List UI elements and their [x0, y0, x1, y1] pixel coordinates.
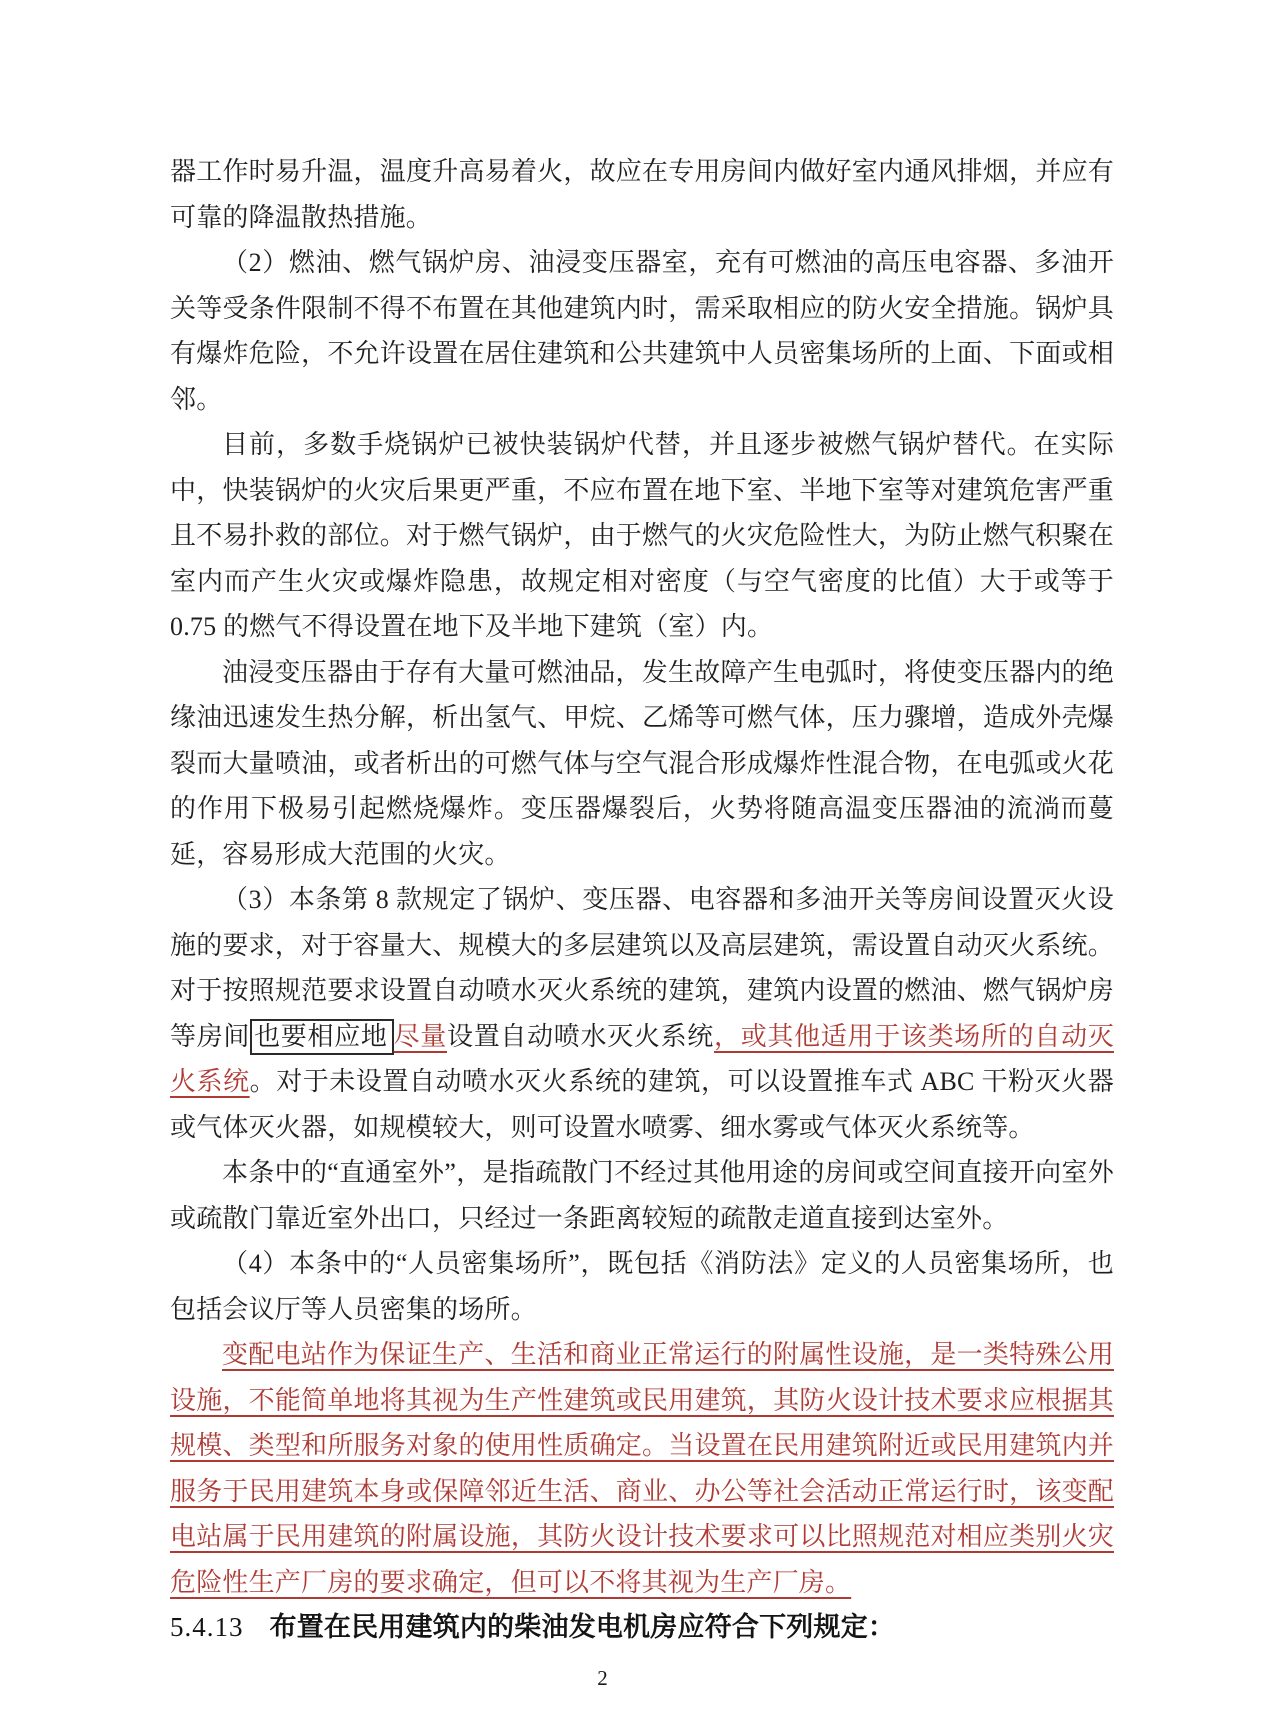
boxed-annotation: 也要相应地 [250, 1019, 394, 1055]
paragraph-direct-exit-note: 本条中的“直通室外”，是指疏散门不经过其他用途的房间或空间直接开向室外或疏散门靠… [170, 1150, 1114, 1241]
paragraph-transformer-note: 油浸变压器由于存有大量可燃油品，发生故障产生电弧时，将使变压器内的绝缘油迅速发生… [170, 650, 1114, 878]
revision-text: 变配电站作为保证生产、生活和商业正常运行的附属性设施，是一类特殊公用设施，不能简… [170, 1340, 1114, 1597]
section-heading-5-4-13: 5.4.13布置在民用建筑内的柴油发电机房应符合下列规定： [170, 1605, 1114, 1651]
revision-paragraph-substation: 变配电站作为保证生产、生活和商业正常运行的附属性设施，是一类特殊公用设施，不能简… [170, 1332, 1114, 1605]
inserted-revision-text: 尽量 [394, 1022, 447, 1051]
paragraph-boiler-note: 目前，多数手烧锅炉已被快装锅炉代替，并且逐步被燃气锅炉替代。在实际中，快装锅炉的… [170, 422, 1114, 650]
body-text: 器工作时易升温，温度升高易着火，故应在专用房间内做好室内通风排烟，并应有可靠的降… [170, 157, 1114, 232]
body-text: （4）本条中的“人员密集场所”，既包括《消防法》定义的人员密集场所，也包括会议厅… [170, 1249, 1114, 1324]
page-number: 2 [0, 1666, 1205, 1691]
section-title: 布置在民用建筑内的柴油发电机房应符合下列规定： [270, 1612, 896, 1642]
body-text: 本条中的“直通室外”，是指疏散门不经过其他用途的房间或空间直接开向室外或疏散门靠… [170, 1158, 1114, 1233]
paragraph-item-4: （4）本条中的“人员密集场所”，既包括《消防法》定义的人员密集场所，也包括会议厅… [170, 1241, 1114, 1332]
body-text: 设置自动喷水灭火系统 [447, 1022, 714, 1051]
body-text: 目前，多数手烧锅炉已被快装锅炉代替，并且逐步被燃气锅炉替代。在实际中，快装锅炉的… [170, 430, 1114, 641]
paragraph-item-3-with-revisions: （3）本条第 8 款规定了锅炉、变压器、电容器和多油开关等房间设置灭火设施的要求… [170, 877, 1114, 1150]
body-text: （2）燃油、燃气锅炉房、油浸变压器室，充有可燃油的高压电容器、多油开关等受条件限… [170, 248, 1114, 414]
paragraph-continuation: 器工作时易升温，温度升高易着火，故应在专用房间内做好室内通风排烟，并应有可靠的降… [170, 149, 1114, 240]
page-body: 器工作时易升温，温度升高易着火，故应在专用房间内做好室内通风排烟，并应有可靠的降… [170, 149, 1114, 1651]
section-number: 5.4.13 [170, 1612, 244, 1642]
paragraph-item-2: （2）燃油、燃气锅炉房、油浸变压器室，充有可燃油的高压电容器、多油开关等受条件限… [170, 240, 1114, 422]
document-page: 器工作时易升温，温度升高易着火，故应在专用房间内做好室内通风排烟，并应有可靠的降… [0, 0, 1280, 1715]
body-text: 。对于未设置自动喷水灭火系统的建筑，可以设置推车式 ABC 干粉灭火器或气体灭火… [170, 1067, 1114, 1142]
body-text: 油浸变压器由于存有大量可燃油品，发生故障产生电弧时，将使变压器内的绝缘油迅速发生… [170, 658, 1114, 869]
